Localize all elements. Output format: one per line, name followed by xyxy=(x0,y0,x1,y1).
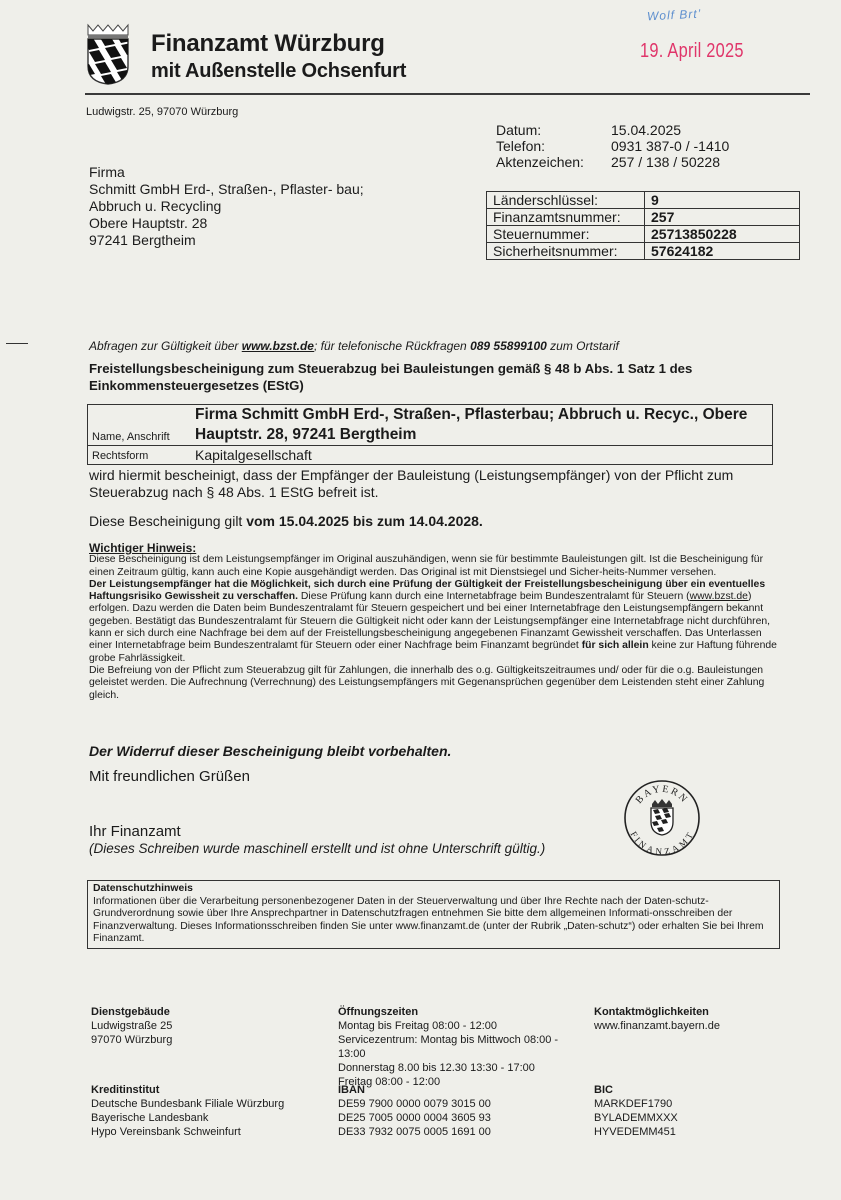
certificate-title: Freistellungsbescheinigung zum Steuerabz… xyxy=(89,360,789,394)
fold-mark xyxy=(6,343,28,344)
sender-address: Ludwigstr. 25, 97070 Würzburg xyxy=(86,106,238,118)
notice-paragraph: Der Leistungsempfänger hat die Möglichke… xyxy=(89,579,779,665)
validity-period: Diese Bescheinigung gilt vom 15.04.2025 … xyxy=(89,513,483,529)
identifier-row: Sicherheitsnummer:57624182 xyxy=(487,243,800,260)
greeting: Mit freundlichen Grüßen xyxy=(89,768,250,785)
recipient-address: Firma Schmitt GmbH Erd-, Straßen-, Pflas… xyxy=(89,164,364,249)
notice-paragraph: Diese Bescheinigung ist dem Leistungsemp… xyxy=(89,554,779,579)
received-date-stamp: 19. April 2025 xyxy=(640,40,744,63)
meta-date: Datum:15.04.2025 xyxy=(496,122,729,138)
signature-office: Ihr Finanzamt xyxy=(89,823,181,840)
important-notice: Wichtiger Hinweis: Diese Bescheinigung i… xyxy=(89,542,779,702)
office-name: Finanzamt Würzburg xyxy=(151,30,385,58)
meta-phone: Telefon:0931 387-0 / -1410 xyxy=(496,138,729,154)
bavarian-crest-icon xyxy=(85,22,131,86)
revocation-note: Der Widerruf dieser Bescheinigung bleibt… xyxy=(89,743,451,759)
identifier-row: Länderschlüssel:9 xyxy=(487,192,800,209)
recipient-name-row: Name, Anschrift Firma Schmitt GmbH Erd-,… xyxy=(88,405,772,445)
meta-file-reference: Aktenzeichen:257 / 138 / 50228 xyxy=(496,154,729,170)
footer-bic: BIC MARKDEF1790 BYLADEMMXXX HYVEDEMM451 xyxy=(594,1083,678,1139)
privacy-notice: Datenschutzhinweis Informationen über di… xyxy=(87,880,780,949)
header-divider xyxy=(85,93,810,95)
machine-generated-note: (Dieses Schreiben wurde maschinell erste… xyxy=(89,841,545,856)
identifier-row: Finanzamtsnummer:257 xyxy=(487,209,800,226)
hotline-number: 089 55899100 xyxy=(470,339,547,353)
footer-iban: IBAN DE59 7900 0000 0079 3015 00 DE25 70… xyxy=(338,1083,491,1139)
footer-contact: Kontaktmöglichkeiten www.finanzamt.bayer… xyxy=(594,1005,720,1033)
recipient-box: Name, Anschrift Firma Schmitt GmbH Erd-,… xyxy=(87,404,773,465)
handwritten-note: Wolf Brt’ xyxy=(647,7,702,24)
privacy-text: Informationen über die Verarbeitung pers… xyxy=(93,896,773,946)
certification-text: wird hiermit bescheinigt, dass der Empfä… xyxy=(89,467,789,501)
validity-query-line: Abfragen zur Gültigkeit über www.bzst.de… xyxy=(89,339,619,353)
footer-building: Dienstgebäude Ludwigstraße 25 97070 Würz… xyxy=(91,1005,172,1047)
bzst-link[interactable]: www.bzst.de xyxy=(242,339,314,353)
identifier-row: Steuernummer:25713850228 xyxy=(487,226,800,243)
identifier-table: Länderschlüssel:9 Finanzamtsnummer:257 S… xyxy=(486,191,800,260)
website-link[interactable]: www.finanzamt.bayern.de xyxy=(594,1019,720,1033)
bzst-link[interactable]: www.bzst.de xyxy=(690,591,748,602)
footer-opening-hours: Öffnungszeiten Montag bis Freitag 08:00 … xyxy=(338,1005,578,1089)
footer-bank: Kreditinstitut Deutsche Bundesbank Filia… xyxy=(91,1083,284,1139)
notice-paragraph: Die Befreiung von der Pflicht zum Steuer… xyxy=(89,665,779,702)
privacy-title: Datenschutzhinweis xyxy=(93,883,773,896)
notice-title: Wichtiger Hinweis: xyxy=(89,542,779,554)
office-branch: mit Außenstelle Ochsenfurt xyxy=(151,60,406,83)
letter-meta: Datum:15.04.2025 Telefon:0931 387-0 / -1… xyxy=(496,122,729,170)
official-seal-icon: BAYERN FINANZAMT xyxy=(622,778,702,858)
legal-form-row: Rechtsform Kapitalgesellschaft xyxy=(88,445,772,464)
